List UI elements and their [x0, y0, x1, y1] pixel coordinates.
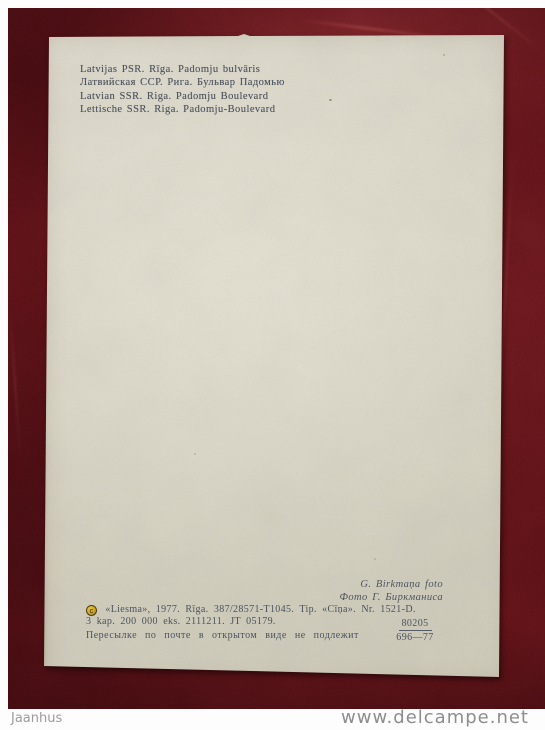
- photo-credit-russian: Фото Г. Биркманиса: [340, 592, 443, 605]
- watermark-delcampe: www.delcampe.net: [341, 707, 529, 728]
- caption-line-russian: Латвийская ССР. Рига. Бульвар Падомью: [80, 76, 285, 89]
- order-codes: 80205 696—77: [392, 618, 438, 643]
- postal-note: Пересылке по почте в открытом виде не по…: [86, 630, 359, 641]
- photo-credit-block: G. Birkmaņa foto Фото Г. Биркманиса: [340, 579, 443, 604]
- imprint-line-publisher: c «Liesma», 1977. Rīga. 387/28571-T1045.…: [86, 604, 416, 616]
- watermark-jaanhus: Jaanhus: [11, 711, 62, 726]
- caption-line-latvian: Latvijas PSR. Rīga. Padomju bulvāris: [80, 63, 285, 76]
- postcard-back: Latvijas PSR. Rīga. Padomju bulvāris Лат…: [44, 33, 510, 683]
- caption-line-german: Lettische SSR. Riga. Padomju-Boulevard: [80, 103, 285, 116]
- leather-crease: [9, 308, 21, 458]
- caption-line-english: Latvian SSR. Riga. Padomju Boulevard: [80, 90, 285, 103]
- imprint-publisher-text: «Liesma», 1977. Rīga. 387/28571-T1045. T…: [105, 604, 415, 615]
- paper-speck: [443, 54, 445, 56]
- scanned-photo: Latvijas PSR. Rīga. Padomju bulvāris Лат…: [0, 0, 545, 730]
- caption-block: Latvijas PSR. Rīga. Padomju bulvāris Лат…: [80, 63, 285, 117]
- code-bottom: 696—77: [392, 632, 438, 643]
- postcard-wrapper: Latvijas PSR. Rīga. Padomju bulvāris Лат…: [44, 33, 510, 683]
- imprint-line-printrun: 3 kap. 200 000 eks. 2111211. JT 05179.: [86, 616, 416, 627]
- copyright-icon: c: [86, 605, 97, 616]
- paper-speck: [374, 558, 376, 560]
- code-top: 80205: [399, 618, 432, 631]
- photo-credit-latvian: G. Birkmaņa foto: [340, 579, 443, 592]
- paper-speck: [329, 99, 332, 101]
- paper-speck: [194, 453, 196, 455]
- imprint-block: c «Liesma», 1977. Rīga. 387/28571-T1045.…: [86, 604, 416, 627]
